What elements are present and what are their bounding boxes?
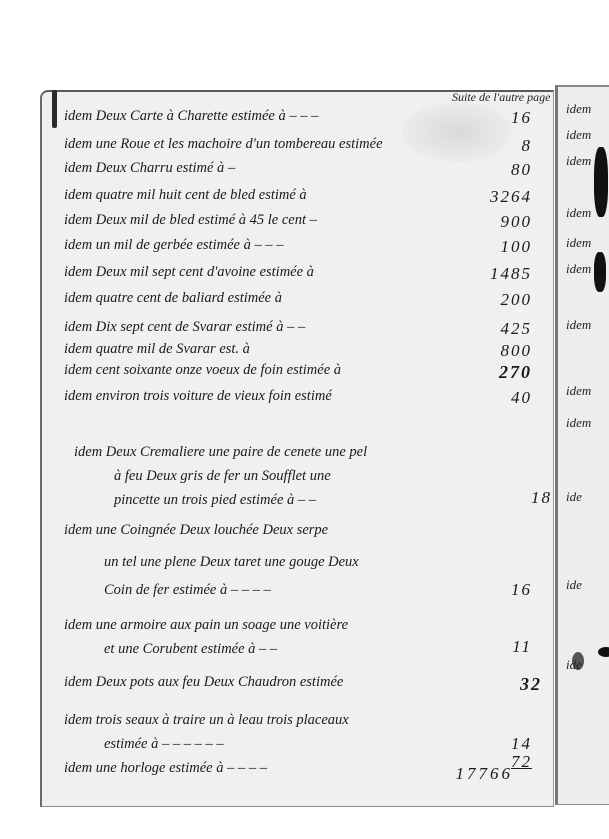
entry-value: 40 bbox=[511, 388, 532, 408]
entry-value: 32 bbox=[520, 674, 542, 695]
entry-text: estimée à – – – – – – bbox=[104, 736, 224, 753]
fragment-text: idem bbox=[566, 153, 591, 169]
entry-text: idem un mil de gerbée estimée à – – – bbox=[64, 237, 283, 254]
entry-value: 14 bbox=[511, 734, 532, 754]
manuscript-page: Suite de l'autre page 1002 £ idem Deux C… bbox=[40, 90, 554, 807]
entry-value: 800 bbox=[501, 341, 533, 361]
entry-text: idem environ trois voiture de vieux foin… bbox=[64, 388, 332, 405]
entry-text: idem Deux pots aux feu Deux Chaudron est… bbox=[64, 674, 343, 691]
entry-value: 16 bbox=[511, 108, 532, 128]
entry-text: idem Deux mil sept cent d'avoine estimée… bbox=[64, 264, 314, 281]
fragment-text: ide bbox=[566, 657, 582, 673]
entry-value: 1485 bbox=[490, 264, 532, 284]
entry-value: 72 bbox=[511, 752, 532, 772]
fragment-text: idem bbox=[566, 205, 591, 221]
fragment-text: idem bbox=[566, 261, 591, 277]
entry-text: Coin de fer estimée à – – – – bbox=[104, 582, 271, 599]
entry-text: et une Corubent estimée à – – bbox=[104, 641, 277, 658]
entry-value: 200 bbox=[501, 290, 533, 310]
entry-value: 16 bbox=[511, 580, 532, 600]
entry-text: idem quatre mil huit cent de bled estimé… bbox=[64, 187, 307, 204]
entry-text: idem Deux mil de bled estimé à 45 le cen… bbox=[64, 212, 317, 229]
fragment-text: idem bbox=[566, 101, 591, 117]
entry-text: pincette un trois pied estimée à – – bbox=[114, 492, 316, 509]
ink-blot bbox=[594, 147, 608, 217]
entry-value: 425 bbox=[501, 319, 533, 339]
entry-value: 900 bbox=[501, 212, 533, 232]
header-note-text: Suite de l'autre page bbox=[452, 90, 550, 104]
ink-blot bbox=[594, 252, 606, 292]
entry-value: 270 bbox=[499, 362, 532, 383]
entry-text: idem Deux Carte à Charette estimée à – –… bbox=[64, 108, 318, 125]
entry-value: 8 bbox=[522, 136, 533, 156]
fragment-text: idem bbox=[566, 317, 591, 333]
entry-value: 11 bbox=[512, 637, 532, 657]
entry-text: idem Deux Cremaliere une paire de cenete… bbox=[74, 444, 367, 461]
fragment-text: ide bbox=[566, 489, 582, 505]
entry-text: idem cent soixante onze voeux de foin es… bbox=[64, 362, 341, 379]
fragment-text: idem bbox=[566, 383, 591, 399]
ink-blot bbox=[598, 647, 609, 657]
entry-text: idem trois seaux à traire un à leau troi… bbox=[64, 712, 349, 729]
entry-value: 3264 bbox=[490, 187, 532, 207]
entry-value: 18 bbox=[531, 488, 552, 508]
fragment-text: idem bbox=[566, 127, 591, 143]
adjacent-page-edge: idem idem idem idem idem idem idem idem … bbox=[555, 85, 609, 805]
entry-value: 80 bbox=[511, 160, 532, 180]
entry-text: idem quatre cent de baliard estimée à bbox=[64, 290, 282, 307]
entry-text: idem Dix sept cent de Svarar estimé à – … bbox=[64, 319, 305, 336]
entry-value: 100 bbox=[501, 237, 533, 257]
entry-text: un tel une plene Deux taret une gouge De… bbox=[104, 554, 359, 571]
entry-text: idem une armoire aux pain un soage une v… bbox=[64, 617, 348, 634]
faded-stamp bbox=[402, 102, 512, 162]
page-total: 17766 bbox=[456, 764, 514, 784]
fragment-text: idem bbox=[566, 235, 591, 251]
entry-text: idem une Coingnée Deux louchée Deux serp… bbox=[64, 522, 328, 539]
fragment-text: ide bbox=[566, 577, 582, 593]
entry-text: idem quatre mil de Svarar est. à bbox=[64, 341, 250, 358]
entry-text: à feu Deux gris de fer un Soufflet une bbox=[114, 468, 331, 485]
fragment-text: idem bbox=[566, 415, 591, 431]
entry-text: idem une horloge estimée à – – – – bbox=[64, 760, 267, 777]
entry-text: idem une Roue et les machoire d'un tombe… bbox=[64, 136, 383, 153]
entry-text: idem Deux Charru estimé à – bbox=[64, 160, 235, 177]
